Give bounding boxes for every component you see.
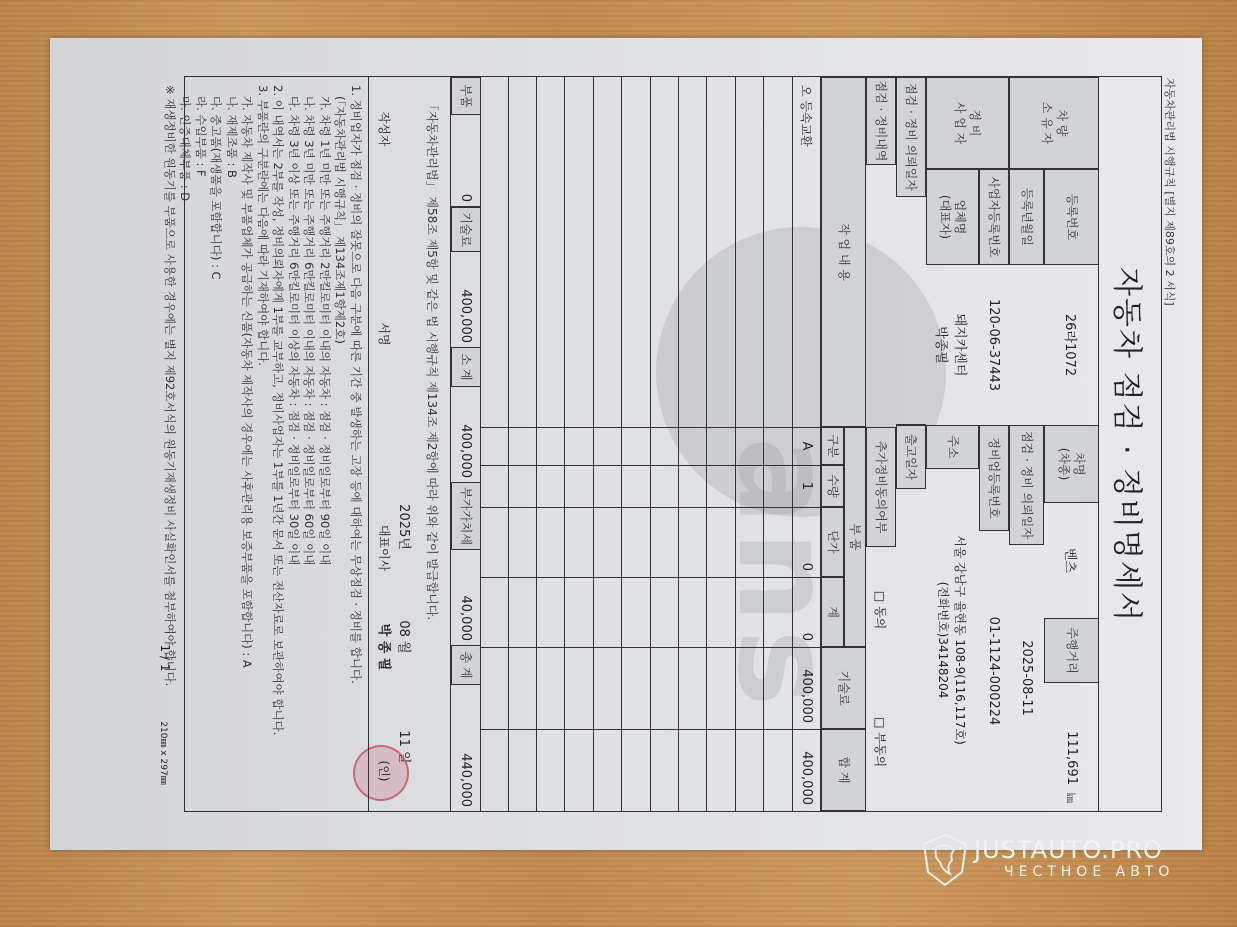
phone-value: (전화번호)34148204 bbox=[936, 582, 953, 699]
subtotal-value: 0 bbox=[793, 577, 821, 647]
consent-options: □ 동의 □ 부동의 bbox=[866, 547, 896, 811]
row-divider bbox=[735, 77, 736, 811]
note-line: 가. 자동차 제작사 및 부품업체가 공급하는 신품(자동차 제작사의 경우에는… bbox=[239, 85, 255, 805]
summary-parts-value: 0 bbox=[451, 115, 481, 207]
repair-reg-value: 01-1124-000224 bbox=[979, 531, 1009, 811]
release-date-label: 출고일자 bbox=[896, 425, 926, 489]
col-qty: 수량 bbox=[821, 465, 844, 507]
writer-label: 작성자 bbox=[374, 99, 396, 159]
summary-grand-total-value: 440,000 bbox=[451, 685, 481, 811]
notes-section: 1. 정비업자가 점검 · 정비의 잘못으로 다음 구분에 따른 기간 중 발생… bbox=[162, 85, 364, 805]
note-line: (「자동차관리법 시행규칙」 제134조제1항제2호) bbox=[332, 85, 348, 805]
release-date-value bbox=[896, 489, 926, 811]
summary-subtotal-value: 400,000 bbox=[451, 387, 481, 482]
note-line: 1. 정비업자가 점검 · 정비의 잘못으로 다음 구분에 따른 기간 중 발생… bbox=[348, 85, 364, 805]
company-name: 돼지카센터 bbox=[953, 314, 972, 377]
request-date-label: 점검 · 정비 의뢰일자 bbox=[1009, 425, 1044, 545]
agree-checkbox[interactable]: □ 동의 bbox=[873, 591, 890, 629]
issuance-statement: 「자동차관리법」 제58조 제5항 및 같은 법 시행규칙 제134조 제2항에… bbox=[424, 99, 440, 620]
column-divider bbox=[481, 507, 821, 508]
brand-name: JUSTAUTO.PRO bbox=[974, 836, 1163, 864]
note-line: 마. 인증대체부품 : D bbox=[177, 85, 193, 805]
signer-seal: (인) bbox=[374, 745, 396, 797]
form-reference: 자동차관리법 시행규칙 [별지 제89호의 2 서식] bbox=[1162, 78, 1178, 306]
mileage-unit: ㎞ bbox=[1064, 793, 1079, 803]
column-divider bbox=[481, 427, 821, 428]
address-field: 서울 강남구 율현동 108-9(116,117호) (전화번호)3414820… bbox=[926, 469, 979, 811]
row-divider bbox=[820, 77, 821, 811]
summary-labor-label: 기술료 bbox=[451, 207, 481, 252]
request-date-value-2 bbox=[896, 197, 926, 425]
total-value: 400,000 bbox=[793, 729, 821, 811]
note-line: 다. 차령 3년 이상 또는 주행거리 6만킬로미터 이상의 자동차 : 점검 … bbox=[286, 85, 302, 805]
mileage-value: 111,691 bbox=[1064, 731, 1079, 785]
row-divider bbox=[508, 77, 509, 811]
row-divider bbox=[706, 77, 707, 811]
representative-name: 박종필 bbox=[934, 326, 953, 364]
column-divider bbox=[481, 465, 821, 466]
col-unit-price: 단가 bbox=[821, 507, 844, 577]
mileage-label: 주행거리 bbox=[1044, 618, 1099, 683]
note-line: 다. 중고품(재생품을 포함합니다) : C bbox=[208, 85, 224, 805]
col-category: 구분 bbox=[821, 427, 844, 465]
row-divider bbox=[536, 77, 537, 811]
column-divider bbox=[481, 577, 821, 578]
note-line: 2. 이 내역서는 2부를 작성, 정비의뢰자에게 1부를 교부하고, 정비사업… bbox=[270, 85, 286, 805]
company-label: 업체명 (대표자) bbox=[926, 169, 979, 265]
issue-year: 2025년 bbox=[396, 497, 416, 557]
address-value: 서울 강남구 율현동 108-9(116,117호) bbox=[953, 535, 970, 745]
request-date-value: 2025-08-11 bbox=[1009, 545, 1044, 811]
summary-grand-total-label: 총 계 bbox=[451, 645, 481, 685]
note-line: 나. 차령 3년 미만 또는 주행거리 6만킬로미터 이내의 자동차 : 점검 … bbox=[301, 85, 317, 805]
details-section-label: 점검 · 정비내역 bbox=[866, 77, 896, 165]
biz-number-value: 120-06-37443 bbox=[979, 265, 1009, 425]
repair-reg-label: 정비업등록번호 bbox=[979, 425, 1009, 531]
work-content-label: 작 업 내 용 bbox=[821, 77, 866, 427]
reg-number-label: 등록번호 bbox=[1044, 169, 1099, 265]
category-value: A bbox=[793, 427, 821, 465]
company-field: 돼지카센터 박종필 bbox=[926, 265, 979, 425]
note-line: 나. 재제조품 : B bbox=[224, 85, 240, 805]
lion-shield-icon bbox=[920, 832, 970, 888]
form-frame: ans 자동차 점검 · 정비명세서 차 량 소 유 자 등록번호 26라107… bbox=[184, 76, 1162, 812]
row-divider bbox=[621, 77, 622, 811]
col-subtotal: 계 bbox=[821, 577, 844, 647]
column-divider bbox=[481, 729, 821, 730]
signer-name: 박 종 필 bbox=[374, 612, 398, 682]
model-label: 차명 (차종) bbox=[1044, 425, 1099, 503]
row-divider bbox=[593, 77, 594, 811]
row-divider bbox=[792, 77, 793, 811]
sign-label: 서명 bbox=[374, 309, 396, 359]
row-divider bbox=[650, 77, 651, 811]
mileage-field: 111,691 ㎞ bbox=[1044, 683, 1099, 811]
request-date-label-2: 점검 · 정비 의뢰일자 bbox=[896, 77, 926, 197]
column-divider bbox=[481, 647, 821, 648]
address-label: 주소 bbox=[926, 425, 979, 469]
signer-title: 대표이사 bbox=[374, 513, 396, 583]
summary-labor-value: 400,000 bbox=[451, 252, 481, 347]
unit-price-value: 0 bbox=[793, 507, 821, 577]
note-line: 라. 수입부품 : F bbox=[193, 85, 209, 805]
summary-vat-value: 40,000 bbox=[451, 550, 481, 645]
summary-parts-label: 부품 bbox=[451, 77, 481, 115]
row-divider bbox=[564, 77, 565, 811]
document-title: 자동차 점검 · 정비명세서 bbox=[1099, 77, 1161, 813]
summary-vat-label: 부가가치세 bbox=[451, 482, 481, 550]
parts-header: 부 품 bbox=[844, 427, 866, 647]
row-divider bbox=[678, 77, 679, 811]
note-line: 3. 부품란의 구분란에는 다음에 따라 기재하여야 합니다. bbox=[255, 85, 271, 805]
extra-consent-label: 추가정비동의여부 bbox=[866, 427, 896, 547]
vehicle-owner-label: 차 량 소 유 자 bbox=[1009, 77, 1099, 169]
row-divider bbox=[763, 77, 764, 811]
total-header: 합 계 bbox=[821, 729, 866, 811]
note-line: 가. 차령 1년 미만 또는 주행거리 2만킬로미터 이내의 자동차 : 점검 … bbox=[317, 85, 333, 805]
reg-date-value bbox=[1009, 265, 1044, 425]
brand-tagline: ЧЕСТНОЕ АВТО bbox=[1004, 864, 1174, 880]
biz-number-label: 사업자등록번호 bbox=[979, 169, 1009, 265]
document-paper: 자동차관리법 시행규칙 [별지 제89호의 2 서식] ans 자동차 점검 ·… bbox=[50, 38, 1202, 850]
reg-number-value: 26라1072 bbox=[1044, 265, 1099, 425]
note-line: ※ 재생정비한 원동기를 부품으로 사용한 경우에는 별지 제92호서식의 원동… bbox=[162, 85, 178, 805]
labor-header: 기술료 bbox=[821, 647, 866, 729]
model-value: 벤츠 bbox=[1044, 503, 1099, 618]
page-number: 1 / 1 bbox=[156, 628, 174, 688]
labor-value: 400,000 bbox=[793, 647, 821, 729]
reg-date-label: 등록년월일 bbox=[1009, 169, 1044, 265]
summary-subtotal-label: 소 계 bbox=[451, 347, 481, 387]
work-content-value: 오 등속교환 bbox=[793, 77, 821, 427]
business-label: 정 비 사 업 자 bbox=[926, 77, 1009, 169]
paper-size: 210㎜ x 297㎜ bbox=[156, 698, 174, 808]
qty-value: 1 bbox=[793, 465, 821, 507]
disagree-checkbox[interactable]: □ 부동의 bbox=[873, 717, 890, 767]
issue-month: 08 월 bbox=[396, 607, 416, 667]
